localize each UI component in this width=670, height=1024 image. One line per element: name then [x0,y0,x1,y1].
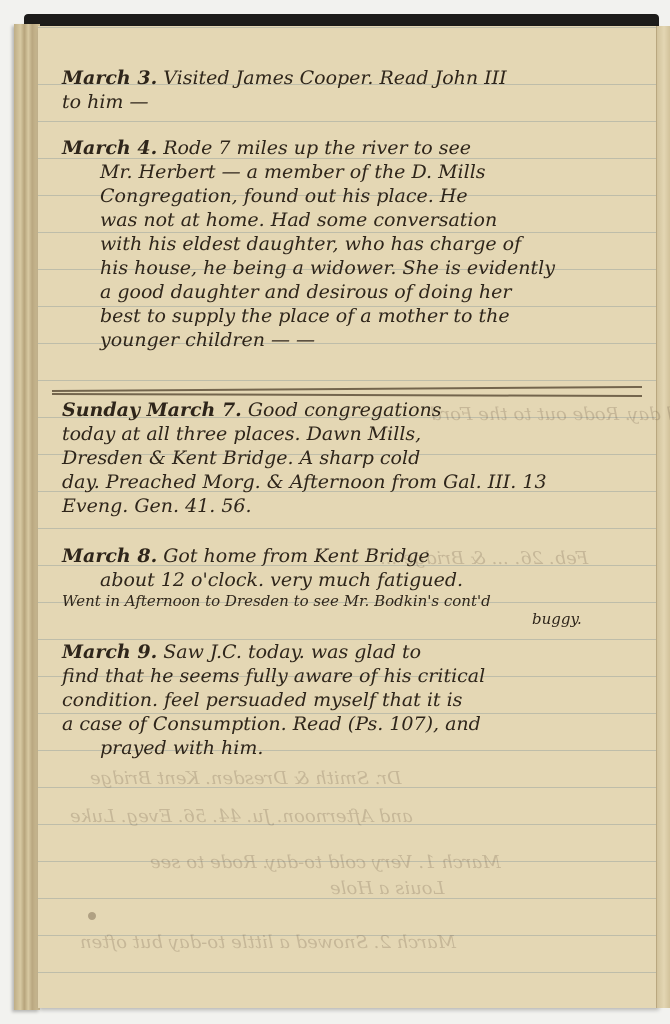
entry-text: best to supply the place of a mother to … [62,304,642,328]
entry-text: day. Preached Morg. & Afternoon from Gal… [62,470,642,494]
bleed-through-text: March 1. Very cold to-day. Rode to see [150,852,501,873]
entry-sunday-march-7: Sunday March 7. Good congregations today… [62,398,642,518]
entry-text: a good daughter and desirous of doing he… [62,280,642,304]
entry-text: Mr. Herbert — a member of the D. Mills [62,160,642,184]
entry-text: was not at home. Had some conversation [62,208,642,232]
entry-text: his house, he being a widower. She is ev… [62,256,642,280]
entry-march-9: March 9. Saw J.C. today. was glad to fin… [62,640,642,760]
entry-text: Visited James Cooper. Read John III [163,67,506,89]
entry-text: find that he seems fully aware of his cr… [62,664,642,688]
entry-text: a case of Consumption. Read (Ps. 107), a… [62,712,642,736]
page-stack-binding [14,24,40,1010]
entry-text: Good congregations [248,399,442,421]
entry-date: March 4. [62,137,157,159]
entry-text: Rode 7 miles up the river to see [163,137,471,159]
entry-march-4: March 4. Rode 7 miles up the river to se… [62,136,642,352]
entry-text: Congregation, found out his place. He [62,184,642,208]
entry-text: younger children — — [62,328,642,352]
entry-text: today at all three places. Dawn Mills, [62,422,642,446]
entry-text: with his eldest daughter, who has charge… [62,232,642,256]
bleed-through-text: March 2. Snowed a little to-day but ofte… [80,932,456,953]
entry-text: to him — [62,90,642,114]
diary-entries: March 3. Visited James Cooper. Read John… [62,66,642,772]
entry-text: prayed with him. [62,736,642,760]
page-edge-right [656,26,670,1008]
entry-text: Eveng. Gen. 41. 56. [62,494,642,518]
entry-text: Got home from Kent Bridge [163,545,429,567]
ink-spot [88,912,96,920]
entry-date: March 3. [62,67,157,89]
entry-date: Sunday March 7. [62,399,242,421]
entry-march-3: March 3. Visited James Cooper. Read John… [62,66,642,114]
bleed-through-text: Louis a Hole [330,878,445,899]
entry-text: Dresden & Kent Bridge. A sharp cold [62,446,642,470]
entry-text: about 12 o'clock. very much fatigued. [62,568,642,592]
bleed-through-text: and Afternoon. Ju. 44. 56. Eveg. Luke [70,806,413,827]
entry-text: buggy. [62,610,642,628]
entry-text: Saw J.C. today. was glad to [163,641,421,663]
entry-march-8: March 8. Got home from Kent Bridge about… [62,544,642,628]
entry-text: condition. feel persuaded myself that it… [62,688,642,712]
entry-text: Went in Afternoon to Dresden to see Mr. … [62,592,642,610]
entry-date: March 9. [62,641,157,663]
entry-date: March 8. [62,545,157,567]
